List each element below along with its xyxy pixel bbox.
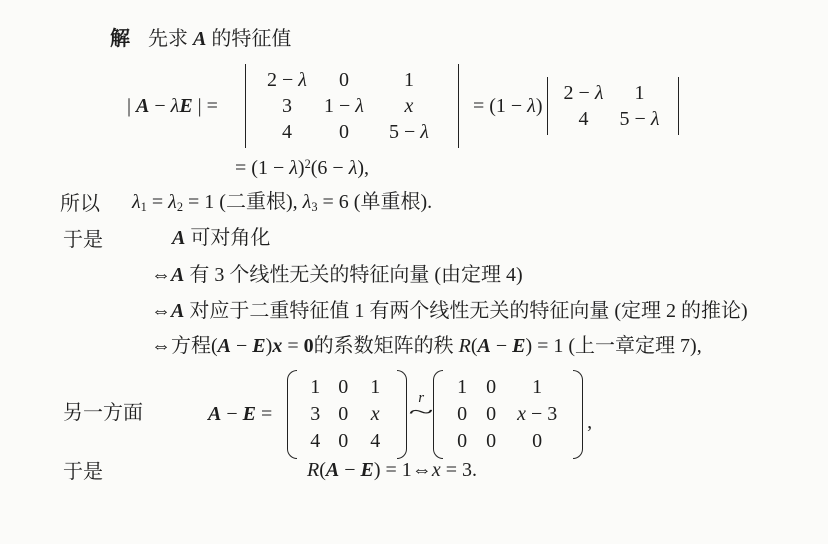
det3-cell: 5 − λ xyxy=(369,120,449,144)
matrix-cell: 3 xyxy=(302,402,328,427)
matrix-cell: 0 xyxy=(328,429,358,454)
row-equivalence-symbol: r ~ xyxy=(415,393,427,419)
det2-cell: 1 xyxy=(611,81,669,105)
solution-line: 解先求 A 的特征值 xyxy=(110,27,291,52)
trailing-comma: , xyxy=(587,410,592,435)
rank-conclusion: R(A − E) = 1⇔x = 3. xyxy=(307,458,477,483)
det2-cell: 5 − λ xyxy=(611,107,669,131)
det3-cell: 3 xyxy=(255,94,319,118)
matrix-cell: 1 xyxy=(358,375,392,400)
matrix-cell: 0 xyxy=(328,375,358,400)
matrix-cell: 1 xyxy=(506,375,568,400)
thus-label: 于是 xyxy=(63,228,103,253)
diagonalizable-statement: A 可对角化 xyxy=(172,226,270,251)
eigenvalue-roots: λ1 = λ2 = 1 (二重根), λ3 = 6 (单重根). xyxy=(132,190,432,216)
matrix-cell: 1 xyxy=(448,375,476,400)
det3-cell: 4 xyxy=(255,120,319,144)
matrix-cell: 0 xyxy=(448,429,476,454)
matrix-cell: 1 xyxy=(302,375,328,400)
matrix-cell: 0 xyxy=(476,402,506,427)
matrix-cell: 0 xyxy=(476,375,506,400)
factored-polynomial: = (1 − λ)2(6 − λ), xyxy=(235,156,369,181)
therefore-label: 所以 xyxy=(60,192,100,217)
matrix-a-minus-e: 1 0 1 3 0 x 4 0 4 xyxy=(287,370,407,459)
thus-label-bottom: 于是 xyxy=(63,460,103,485)
matrix-cell: x − 3 xyxy=(506,402,568,427)
on-other-hand-label: 另一方面 xyxy=(63,401,143,426)
det3-cell: 0 xyxy=(319,120,369,144)
matrix-cell: 0 xyxy=(328,402,358,427)
matrix-row-reduced: 1 0 1 0 0 x − 3 0 0 0 xyxy=(433,370,583,459)
a-minus-e-lhs: A − E = xyxy=(208,402,272,427)
matrix-cell: 4 xyxy=(302,429,328,454)
matrix-cell: 0 xyxy=(448,402,476,427)
characteristic-determinant-equation: | A − λE | = 2 − λ 0 1 3 1 − λ x 4 0 5 −… xyxy=(127,58,679,154)
factor-term: = (1 − λ) xyxy=(473,94,543,119)
det3-cell: 0 xyxy=(319,68,369,92)
det3-cell: 1 − λ xyxy=(319,94,369,118)
equivalence-line-2: ⇔A 对应于二重特征值 1 有两个线性无关的特征向量 (定理 2 的推论) xyxy=(151,299,748,324)
solution-label: 解 xyxy=(110,28,130,50)
determinant-lhs: | A − λE | = xyxy=(127,94,218,119)
matrix-cell: x xyxy=(358,402,392,427)
det3-cell: 1 xyxy=(369,68,449,92)
matrix-reduction-equation: A − E = 1 0 1 3 0 x 4 0 4 r ~ 1 0 1 0 0 … xyxy=(208,366,592,462)
det2-cell: 4 xyxy=(557,107,611,131)
det-3x3: 2 − λ 0 1 3 1 − λ x 4 0 5 − λ xyxy=(245,64,459,148)
det-2x2: 2 − λ 1 4 5 − λ xyxy=(547,77,679,135)
find-eigenvalues-text: 先求 A 的特征值 xyxy=(148,28,291,50)
det3-cell: 2 − λ xyxy=(255,68,319,92)
equivalence-line-1: ⇔A 有 3 个线性无关的特征向量 (由定理 4) xyxy=(151,263,523,288)
textbook-page: 解先求 A 的特征值 | A − λE | = 2 − λ 0 1 3 1 − … xyxy=(0,0,828,544)
det3-cell: x xyxy=(369,94,449,118)
det2-cell: 2 − λ xyxy=(557,81,611,105)
matrix-cell: 0 xyxy=(506,429,568,454)
matrix-cell: 0 xyxy=(476,429,506,454)
tilde-icon: ~ xyxy=(409,404,434,419)
equivalence-line-3: ⇔方程(A − E)x = 0的系数矩阵的秩 R(A − E) = 1 (上一章… xyxy=(151,334,702,359)
matrix-cell: 4 xyxy=(358,429,392,454)
